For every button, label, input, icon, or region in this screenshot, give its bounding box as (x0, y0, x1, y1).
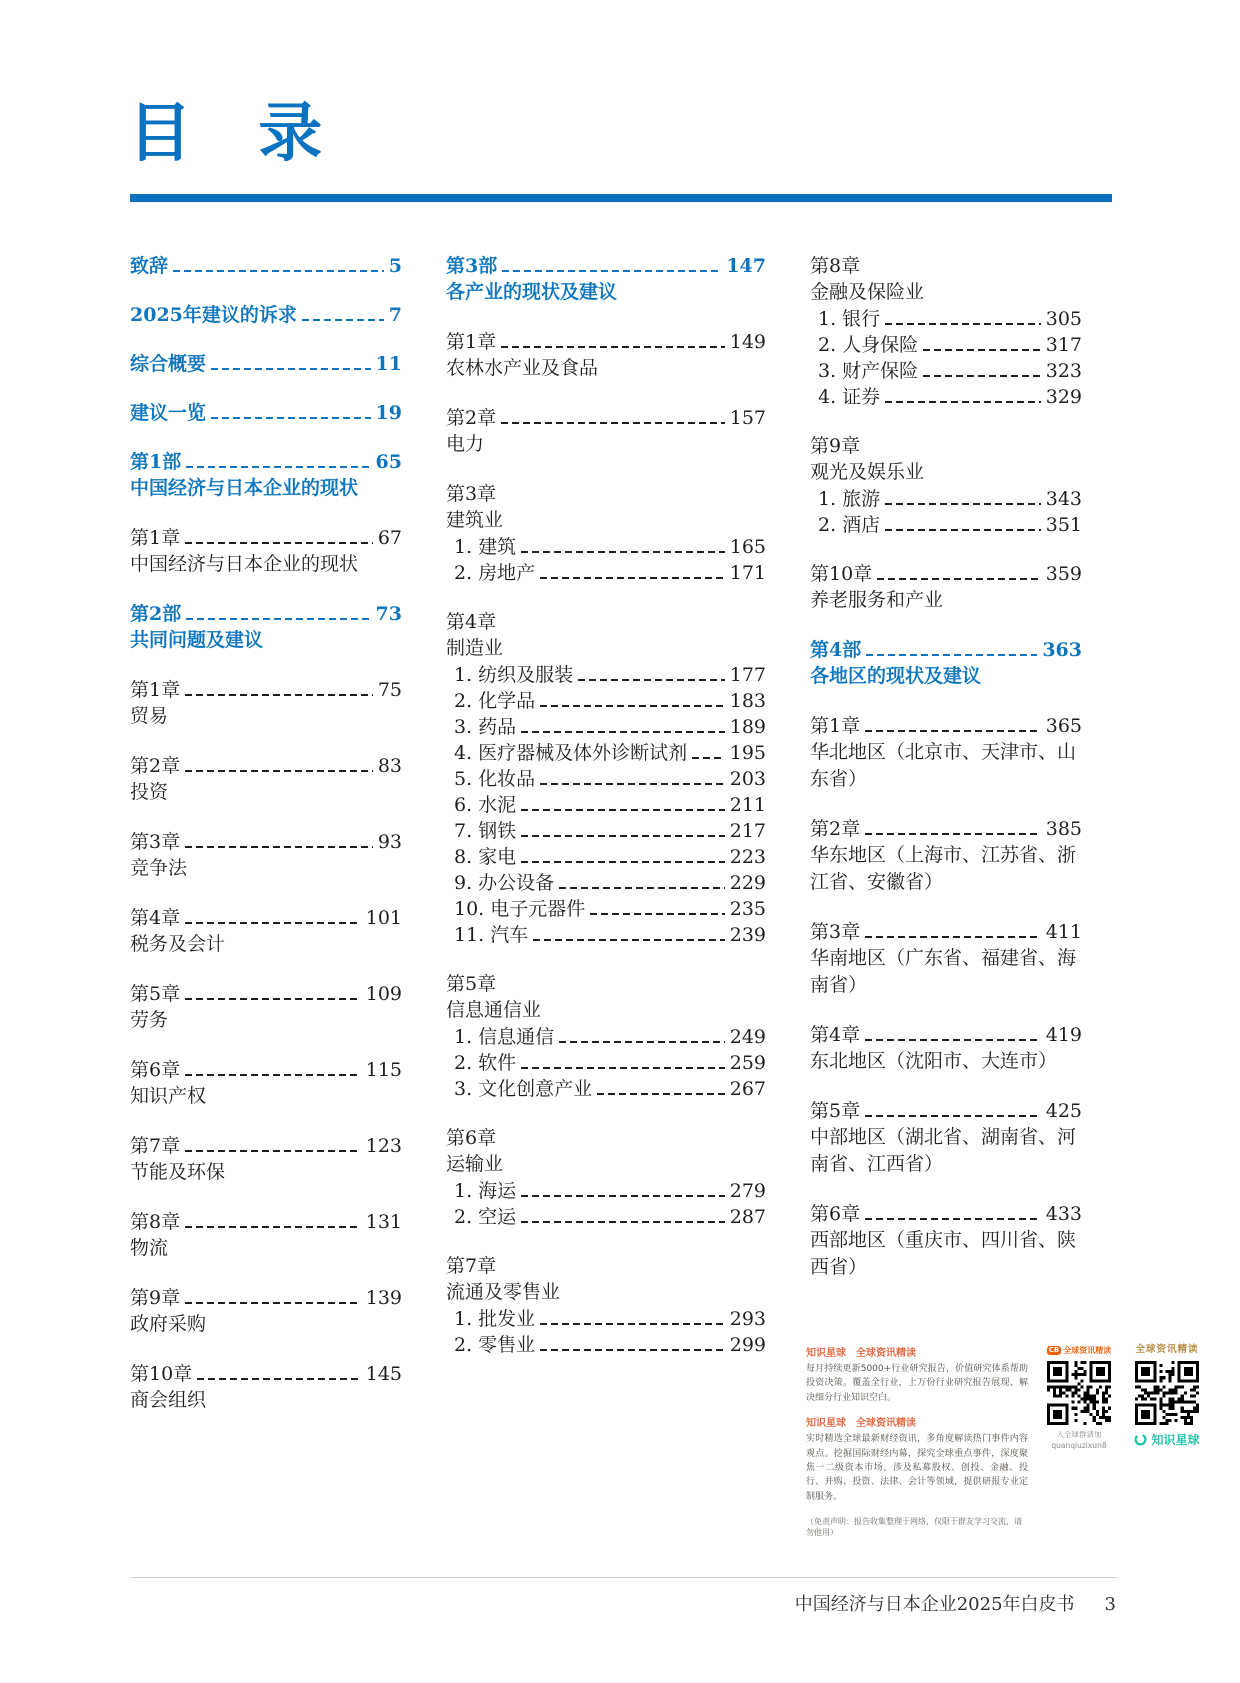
toc-column-3: 第8章金融及保险业1. 银行3052. 人身保险3173. 财产保险3234. … (810, 253, 1082, 1437)
toc-page-number: 147 (726, 253, 766, 279)
toc-entry-title: 西部地区（重庆市、四川省、陕西省） (810, 1227, 1082, 1281)
toc-entry-link[interactable]: 第9章139 (130, 1285, 402, 1311)
toc-subitem-link[interactable]: 1. 批发业293 (446, 1306, 766, 1332)
toc-entry: 第2章157电力 (446, 405, 766, 458)
toc-entry-title: 华北地区（北京市、天津市、山东省） (810, 739, 1082, 793)
toc-entry-label: 第3章 (810, 919, 860, 945)
promo-text: 知识星球 全球资讯精读 每月持续更新5000+行业研究报告，价值研究体系帮助投资… (806, 1344, 1028, 1538)
toc-subitem-label: 2. 人身保险 (818, 332, 918, 358)
toc-entry: 第6章115知识产权 (130, 1057, 402, 1110)
promo-body-1: 每月持续更新5000+行业研究报告，价值研究体系帮助投资决策。覆盖全行业，上万份… (806, 1362, 1028, 1405)
dotted-leader (185, 1226, 361, 1228)
toc-subitem-label: 6. 水泥 (454, 792, 516, 818)
dotted-leader (540, 783, 725, 785)
toc-entry: 第8章金融及保险业1. 银行3052. 人身保险3173. 财产保险3234. … (810, 253, 1082, 410)
toc-entry-label: 第1章 (810, 713, 860, 739)
toc-page-number: 83 (378, 753, 402, 779)
dotted-leader (197, 1378, 361, 1380)
toc-page-number: 229 (730, 870, 766, 896)
toc-entry-link[interactable]: 第1章149 (446, 329, 766, 355)
promo-body-2: 实时精选全球最新财经资讯，多角度解读热门事件内容观点。挖掘国际财经内幕，探究全球… (806, 1432, 1028, 1504)
dotted-leader (692, 757, 725, 759)
dotted-leader (185, 1302, 361, 1304)
toc-page-number: 385 (1046, 816, 1082, 842)
dotted-leader (186, 618, 370, 620)
toc-subitem-label: 2. 软件 (454, 1050, 516, 1076)
toc-entry-link: 第9章 (810, 433, 1082, 459)
toc-entry: 第3章建筑业1. 建筑1652. 房地产171 (446, 481, 766, 586)
toc-entry-link[interactable]: 第1章365 (810, 713, 1082, 739)
dotted-leader (521, 551, 725, 553)
toc-page-number: 73 (376, 601, 402, 627)
toc-entry: 第1章67中国经济与日本企业的现状 (130, 525, 402, 578)
qr-column-left: CB 全球资讯精读 入全球群请加 quanqiuzixun8 (1042, 1344, 1116, 1538)
qr-column-right: 全球资讯精读 知识星球 (1130, 1344, 1204, 1538)
toc-entry: 第4部363各地区的现状及建议 (810, 637, 1082, 690)
toc-entry-label: 第4章 (130, 905, 180, 931)
toc-entry: 2025年建议的诉求7 (130, 302, 402, 328)
toc-subitem-link[interactable]: 3. 药品189 (446, 714, 766, 740)
dotted-leader (559, 1041, 725, 1043)
page-footer: 中国经济与日本企业2025年白皮书3 (795, 1590, 1116, 1616)
toc-entry-link: 第7章 (446, 1253, 766, 1279)
toc-subitem-label: 2. 零售业 (454, 1332, 535, 1358)
toc-entry-label: 第2章 (130, 753, 180, 779)
toc-entry-title: 制造业 (446, 635, 766, 662)
toc-subitem-label: 5. 化妆品 (454, 766, 535, 792)
toc-page-number: 183 (730, 688, 766, 714)
toc-subitem-label: 8. 家电 (454, 844, 516, 870)
toc-entry-title: 共同问题及建议 (130, 627, 402, 654)
toc-entry-label: 第3章 (130, 829, 180, 855)
toc-entry-label: 第6章 (446, 1125, 496, 1151)
toc-entry-label: 第4章 (810, 1022, 860, 1048)
toc-entry: 第2章385华东地区（上海市、江苏省、浙江省、安徽省） (810, 816, 1082, 896)
toc-page-number: 433 (1046, 1201, 1082, 1227)
toc-page-number: 165 (730, 534, 766, 560)
toc-subitem-link[interactable]: 1. 海运279 (446, 1178, 766, 1204)
toc-subitem-label: 1. 海运 (454, 1178, 516, 1204)
toc-entry-link: 第8章 (810, 253, 1082, 279)
zhishixingqiu-brand: 知识星球 (1134, 1431, 1199, 1448)
toc-entry-label: 第6章 (810, 1201, 860, 1227)
toc-subitem-link[interactable]: 10. 电子元器件235 (446, 896, 766, 922)
toc-entry: 第1章365华北地区（北京市、天津市、山东省） (810, 713, 1082, 793)
toc-entry-link[interactable]: 第5章109 (130, 981, 402, 1007)
toc-subitem-link[interactable]: 4. 医疗器械及体外诊断试剂195 (446, 740, 766, 766)
dotted-leader (521, 1221, 725, 1223)
toc-entry: 第1章149农林水产业及食品 (446, 329, 766, 382)
toc-entry-link[interactable]: 第2部73 (130, 601, 402, 627)
dotted-leader (501, 346, 725, 348)
dotted-leader (865, 1115, 1041, 1117)
toc-entry-label: 建议一览 (130, 400, 206, 426)
toc-entry: 第7章123节能及环保 (130, 1133, 402, 1186)
footer-page-number: 3 (1105, 1594, 1116, 1615)
toc-entry-label: 第6章 (130, 1057, 180, 1083)
dotted-leader (173, 270, 384, 272)
dotted-leader (521, 835, 725, 837)
toc-entry-title: 贸易 (130, 703, 402, 730)
toc-subitem-label: 1. 建筑 (454, 534, 516, 560)
toc-subitem-link[interactable]: 2. 零售业299 (446, 1332, 766, 1358)
toc-entry-title: 税务及会计 (130, 931, 402, 958)
toc-page-number: 109 (366, 981, 402, 1007)
toc-subitem-label: 9. 办公设备 (454, 870, 554, 896)
toc-entry-link[interactable]: 第4章101 (130, 905, 402, 931)
toc-entry-link: 第4章 (446, 609, 766, 635)
toc-entry-label: 第5章 (810, 1098, 860, 1124)
toc-subitem-label: 3. 财产保险 (818, 358, 918, 384)
toc-entry-link[interactable]: 第3部147 (446, 253, 766, 279)
global-news-logo-icon: CB (1047, 1346, 1061, 1355)
toc-entry-link: 第3章 (446, 481, 766, 507)
dotted-leader (185, 542, 373, 544)
toc-entry-link[interactable]: 第1部65 (130, 449, 402, 475)
toc-subitem-label: 1. 信息通信 (454, 1024, 554, 1050)
toc-subitem-link[interactable]: 2. 空运287 (446, 1204, 766, 1230)
toc-subitem-link[interactable]: 2. 人身保险317 (810, 332, 1082, 358)
toc-page-number: 203 (730, 766, 766, 792)
zhishixingqiu-brand-label: 知识星球 (1151, 1431, 1199, 1448)
title-underline (130, 194, 1112, 202)
toc-subitem-link[interactable]: 3. 财产保险323 (810, 358, 1082, 384)
dotted-leader (185, 922, 361, 924)
toc-entry-title: 知识产权 (130, 1083, 402, 1110)
toc-subitem-link[interactable]: 1. 纺织及服装177 (446, 662, 766, 688)
dotted-leader (185, 1074, 361, 1076)
toc-entry-link: 第5章 (446, 971, 766, 997)
toc-entry: 第5章425中部地区（湖北省、湖南省、河南省、江西省） (810, 1098, 1082, 1178)
promo-block: 知识星球 全球资讯精读 每月持续更新5000+行业研究报告，价值研究体系帮助投资… (806, 1344, 1210, 1538)
toc-entry-title: 电力 (446, 431, 766, 458)
table-of-contents: 致辞52025年建议的诉求7综合概要11建议一览19第1部65中国经济与日本企业… (130, 253, 1082, 1437)
toc-entry-link[interactable]: 第7章123 (130, 1133, 402, 1159)
toc-entry-title: 中国经济与日本企业的现状 (130, 551, 402, 578)
toc-subitem-link[interactable]: 1. 银行305 (810, 306, 1082, 332)
dotted-leader (865, 936, 1041, 938)
toc-page-number: 299 (730, 1332, 766, 1358)
toc-page-number: 131 (366, 1209, 402, 1235)
toc-subitem-link[interactable]: 3. 文化创意产业267 (446, 1076, 766, 1102)
toc-subitem-label: 2. 房地产 (454, 560, 535, 586)
qr-right-heading: 全球资讯精读 (1135, 1344, 1198, 1356)
toc-entry-title: 中部地区（湖北省、湖南省、河南省、江西省） (810, 1124, 1082, 1178)
toc-page-number: 287 (730, 1204, 766, 1230)
toc-subitem-label: 4. 证券 (818, 384, 880, 410)
toc-entry: 第1部65中国经济与日本企业的现状 (130, 449, 402, 502)
promo-heading-1: 知识星球 全球资讯精读 (806, 1344, 1028, 1359)
toc-page-number: 177 (730, 662, 766, 688)
toc-entry-label: 2025年建议的诉求 (130, 302, 297, 328)
toc-page-number: 323 (1046, 358, 1082, 384)
toc-entry: 第2章83投资 (130, 753, 402, 806)
global-news-badge-label: 全球资讯精读 (1063, 1345, 1111, 1356)
dotted-leader (923, 349, 1041, 351)
toc-entry-link[interactable]: 2025年建议的诉求7 (130, 302, 402, 328)
toc-column-1: 致辞52025年建议的诉求7综合概要11建议一览19第1部65中国经济与日本企业… (130, 253, 402, 1437)
toc-page-number: 419 (1046, 1022, 1082, 1048)
toc-page-number: 101 (366, 905, 402, 931)
toc-subitem-link[interactable]: 2. 酒店351 (810, 512, 1082, 538)
toc-entry-link[interactable]: 综合概要11 (130, 351, 402, 377)
dotted-leader (185, 846, 373, 848)
dotted-leader (865, 1218, 1041, 1220)
toc-entry-label: 第10章 (130, 1361, 192, 1387)
toc-entry-title: 金融及保险业 (810, 279, 1082, 306)
toc-entry-label: 第8章 (810, 253, 860, 279)
global-news-badge: CB 全球资讯精读 (1047, 1344, 1111, 1356)
dotted-leader (590, 913, 724, 915)
toc-entry-title: 观光及娱乐业 (810, 459, 1082, 486)
dotted-leader (865, 833, 1041, 835)
toc-entry: 第6章运输业1. 海运2792. 空运287 (446, 1125, 766, 1230)
dotted-leader (185, 770, 373, 772)
toc-entry-link[interactable]: 第6章433 (810, 1201, 1082, 1227)
dotted-leader (211, 368, 371, 370)
toc-subitem-label: 1. 批发业 (454, 1306, 535, 1332)
toc-page-number: 305 (1046, 306, 1082, 332)
toc-page-number: 145 (366, 1361, 402, 1387)
toc-subitem-label: 11. 汽车 (454, 922, 528, 948)
toc-entry: 第3章93竞争法 (130, 829, 402, 882)
toc-page-number: 425 (1046, 1098, 1082, 1124)
toc-entry-label: 第2章 (446, 405, 496, 431)
toc-page-number: 171 (730, 560, 766, 586)
dotted-leader (540, 705, 725, 707)
promo-heading-2: 知识星球 全球资讯精读 (806, 1414, 1028, 1429)
toc-entry-link[interactable]: 致辞5 (130, 253, 402, 279)
toc-page-number: 363 (1042, 637, 1082, 663)
toc-entry-label: 第10章 (810, 561, 872, 587)
toc-page-number: 149 (730, 329, 766, 355)
qr-code-right (1135, 1361, 1199, 1425)
dotted-leader (185, 1150, 361, 1152)
dotted-leader (865, 730, 1041, 732)
toc-page-number: 217 (730, 818, 766, 844)
toc-entry-link[interactable]: 第1章75 (130, 677, 402, 703)
qr-left-caption-line1: 入全球群请加 (1056, 1430, 1101, 1439)
toc-entry: 第10章359养老服务和产业 (810, 561, 1082, 614)
dotted-leader (533, 939, 724, 941)
toc-entry-title: 节能及环保 (130, 1159, 402, 1186)
toc-entry: 第4章101税务及会计 (130, 905, 402, 958)
dotted-leader (540, 577, 725, 579)
toc-page-number: 411 (1046, 919, 1082, 945)
toc-entry-title: 华东地区（上海市、江苏省、浙江省、安徽省） (810, 842, 1082, 896)
dotted-leader (501, 422, 725, 424)
toc-page-number: 249 (730, 1024, 766, 1050)
toc-entry-label: 第1章 (130, 525, 180, 551)
dotted-leader (923, 375, 1041, 377)
toc-page-number: 7 (389, 302, 402, 328)
toc-page-number: 157 (730, 405, 766, 431)
toc-entry: 第5章信息通信业1. 信息通信2492. 软件2593. 文化创意产业267 (446, 971, 766, 1102)
dotted-leader (302, 319, 384, 321)
toc-entry-link[interactable]: 第4部363 (810, 637, 1082, 663)
toc-subitem-link[interactable]: 7. 钢铁217 (446, 818, 766, 844)
toc-page-number: 139 (366, 1285, 402, 1311)
dotted-leader (502, 270, 721, 272)
toc-entry: 第4章制造业1. 纺织及服装1772. 化学品1833. 药品1894. 医疗器… (446, 609, 766, 948)
dotted-leader (185, 998, 361, 1000)
toc-entry-link[interactable]: 第10章359 (810, 561, 1082, 587)
toc-entry-label: 第1章 (446, 329, 496, 355)
toc-subitem-label: 1. 纺织及服装 (454, 662, 573, 688)
toc-entry-title: 各地区的现状及建议 (810, 663, 1082, 690)
toc-subitem-link[interactable]: 2. 软件259 (446, 1050, 766, 1076)
toc-page-number: 211 (730, 792, 766, 818)
toc-page-number: 343 (1046, 486, 1082, 512)
toc-entry: 第3章411华南地区（广东省、福建省、海南省） (810, 919, 1082, 999)
toc-subitem-label: 7. 钢铁 (454, 818, 516, 844)
toc-page-number: 293 (730, 1306, 766, 1332)
toc-entry-title: 政府采购 (130, 1311, 402, 1338)
toc-page-number: 329 (1046, 384, 1082, 410)
toc-subitem-link[interactable]: 6. 水泥211 (446, 792, 766, 818)
toc-entry-title: 华南地区（广东省、福建省、海南省） (810, 945, 1082, 999)
toc-page-number: 359 (1046, 561, 1082, 587)
qr-left-caption-line2: quanqiuzixun8 (1051, 1441, 1106, 1450)
toc-page-number: 239 (730, 922, 766, 948)
dotted-leader (540, 1349, 725, 1351)
toc-subitem-link[interactable]: 8. 家电223 (446, 844, 766, 870)
toc-entry: 第7章流通及零售业1. 批发业2932. 零售业299 (446, 1253, 766, 1358)
dotted-leader (877, 578, 1041, 580)
toc-subitem-link[interactable]: 11. 汽车239 (446, 922, 766, 948)
toc-entry-link[interactable]: 第3章93 (130, 829, 402, 855)
dotted-leader (559, 887, 725, 889)
toc-subitem-label: 4. 医疗器械及体外诊断试剂 (454, 740, 687, 766)
toc-subitem-label: 2. 空运 (454, 1204, 516, 1230)
toc-entry-label: 第8章 (130, 1209, 180, 1235)
toc-page-number: 235 (730, 896, 766, 922)
dotted-leader (521, 1195, 725, 1197)
toc-page-number: 5 (389, 253, 402, 279)
toc-page-number: 115 (366, 1057, 402, 1083)
toc-entry-title: 养老服务和产业 (810, 587, 1082, 614)
toc-entry-title: 各产业的现状及建议 (446, 279, 766, 306)
dotted-leader (597, 1093, 725, 1095)
toc-entry-label: 致辞 (130, 253, 168, 279)
toc-entry-link[interactable]: 第4章419 (810, 1022, 1082, 1048)
toc-entry-label: 第2部 (130, 601, 181, 627)
toc-entry-link[interactable]: 第8章131 (130, 1209, 402, 1235)
dotted-leader (885, 503, 1041, 505)
toc-subitem-label: 2. 化学品 (454, 688, 535, 714)
toc-entry: 第6章433西部地区（重庆市、四川省、陕西省） (810, 1201, 1082, 1281)
dotted-leader (885, 529, 1041, 531)
toc-entry-link[interactable]: 第3章411 (810, 919, 1082, 945)
toc-entry-title: 竞争法 (130, 855, 402, 882)
toc-subitem-label: 2. 酒店 (818, 512, 880, 538)
toc-entry: 第1章75贸易 (130, 677, 402, 730)
toc-entry-link[interactable]: 第2章157 (446, 405, 766, 431)
toc-entry: 第5章109劳务 (130, 981, 402, 1034)
toc-entry-label: 第3章 (446, 481, 496, 507)
toc-entry-title: 建筑业 (446, 507, 766, 534)
toc-subitem-link[interactable]: 2. 化学品183 (446, 688, 766, 714)
toc-entry-title: 劳务 (130, 1007, 402, 1034)
toc-entry-label: 第7章 (130, 1133, 180, 1159)
toc-entry-title: 信息通信业 (446, 997, 766, 1024)
qr-left-caption: 入全球群请加 quanqiuzixun8 (1051, 1429, 1106, 1452)
toc-entry-title: 物流 (130, 1235, 402, 1262)
toc-entry: 第2部73共同问题及建议 (130, 601, 402, 654)
dotted-leader (186, 466, 370, 468)
toc-page-number: 11 (376, 351, 402, 377)
zhishixingqiu-logo-icon (1134, 1433, 1147, 1446)
dotted-leader (521, 731, 725, 733)
dotted-leader (540, 1323, 725, 1325)
toc-subitem-link[interactable]: 1. 旅游343 (810, 486, 1082, 512)
toc-entry: 建议一览19 (130, 400, 402, 426)
toc-entry: 第3部147各产业的现状及建议 (446, 253, 766, 306)
toc-entry-label: 第4部 (810, 637, 861, 663)
toc-page-number: 65 (376, 449, 402, 475)
toc-entry-title: 流通及零售业 (446, 1279, 766, 1306)
toc-entry-label: 第5章 (130, 981, 180, 1007)
toc-subitem-link[interactable]: 5. 化妆品203 (446, 766, 766, 792)
footer-book-title: 中国经济与日本企业2025年白皮书 (795, 1594, 1075, 1615)
dotted-leader (885, 401, 1041, 403)
toc-page-number: 93 (378, 829, 402, 855)
toc-page-number: 267 (730, 1076, 766, 1102)
toc-entry-label: 第1部 (130, 449, 181, 475)
dotted-leader (865, 1039, 1041, 1041)
toc-page-number: 259 (730, 1050, 766, 1076)
toc-entry-link[interactable]: 第6章115 (130, 1057, 402, 1083)
toc-entry-link[interactable]: 第2章385 (810, 816, 1082, 842)
toc-entry: 第9章观光及娱乐业1. 旅游3432. 酒店351 (810, 433, 1082, 538)
toc-page-number: 223 (730, 844, 766, 870)
toc-entry-label: 第7章 (446, 1253, 496, 1279)
footer-rule (130, 1577, 1118, 1578)
toc-subitem-label: 1. 银行 (818, 306, 880, 332)
toc-page-number: 279 (730, 1178, 766, 1204)
toc-subitem-link[interactable]: 9. 办公设备229 (446, 870, 766, 896)
dotted-leader (521, 861, 725, 863)
toc-page-number: 75 (378, 677, 402, 703)
toc-entry-link: 第6章 (446, 1125, 766, 1151)
dotted-leader (885, 323, 1041, 325)
toc-subitem-label: 1. 旅游 (818, 486, 880, 512)
qr-code-left (1047, 1361, 1111, 1425)
toc-page-number: 189 (730, 714, 766, 740)
dotted-leader (185, 694, 373, 696)
toc-entry-link[interactable]: 第2章83 (130, 753, 402, 779)
toc-entry-link[interactable]: 第10章145 (130, 1361, 402, 1387)
toc-entry-link[interactable]: 建议一览19 (130, 400, 402, 426)
toc-entry-title: 商会组织 (130, 1387, 402, 1414)
toc-entry: 第10章145商会组织 (130, 1361, 402, 1414)
toc-entry-link[interactable]: 第5章425 (810, 1098, 1082, 1124)
toc-page-number: 317 (1046, 332, 1082, 358)
toc-subitem-label: 3. 药品 (454, 714, 516, 740)
toc-subitem-link[interactable]: 1. 建筑165 (446, 534, 766, 560)
promo-disclaimer: （免责声明：报告收集整理于网络，仅限于群友学习交流，请勿他用） (806, 1516, 1028, 1538)
toc-entry-label: 第4章 (446, 609, 496, 635)
toc-entry-link[interactable]: 第1章67 (130, 525, 402, 551)
toc-entry-title: 投资 (130, 779, 402, 806)
toc-page-number: 365 (1046, 713, 1082, 739)
toc-subitem-link[interactable]: 4. 证券329 (810, 384, 1082, 410)
toc-subitem-link[interactable]: 1. 信息通信249 (446, 1024, 766, 1050)
toc-entry-title: 东北地区（沈阳市、大连市） (810, 1048, 1082, 1075)
toc-subitem-link[interactable]: 2. 房地产171 (446, 560, 766, 586)
toc-page-number: 67 (378, 525, 402, 551)
toc-subitem-label: 10. 电子元器件 (454, 896, 585, 922)
